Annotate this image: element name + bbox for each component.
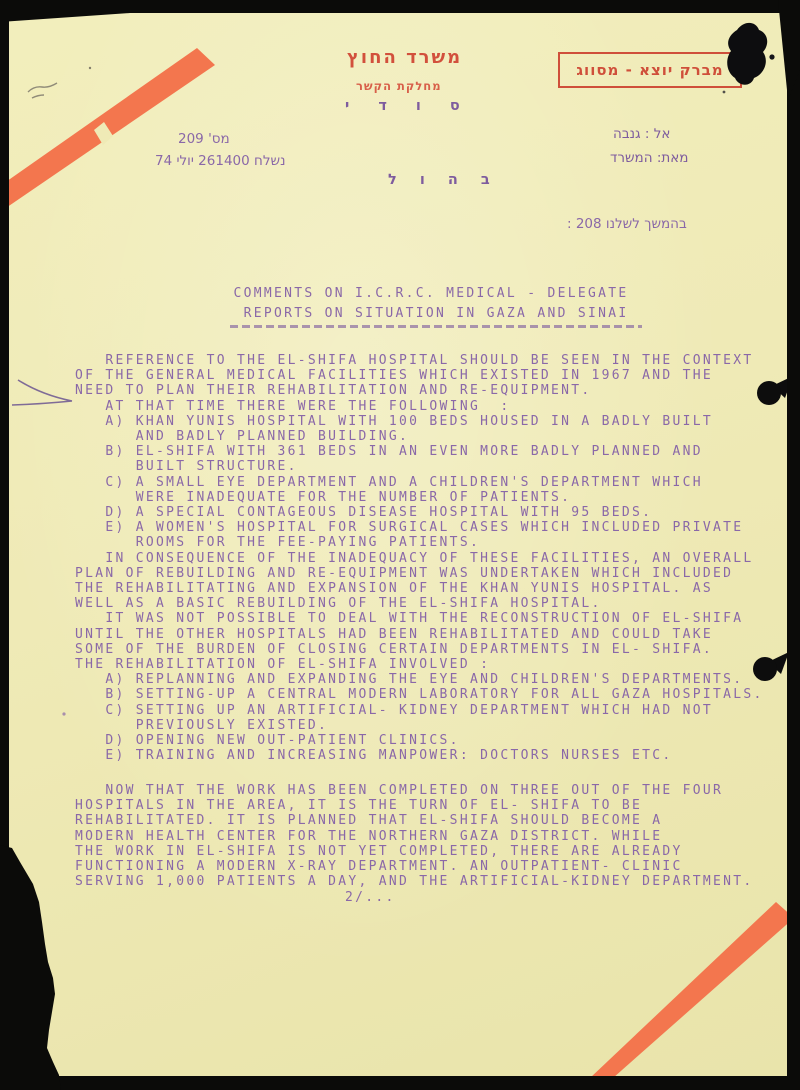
scan-edge-right (787, 0, 800, 1090)
classification-secret: ס ו ד י (345, 98, 472, 114)
scan-edge-top (0, 0, 800, 13)
scanned-document: משרד החוץ מחלקת הקשר מברק יוצא - מסווג ס… (0, 0, 800, 1090)
document-page: משרד החוץ מחלקת הקשר מברק יוצא - מסווג ס… (9, 13, 788, 1076)
scan-edge-bottom (0, 1076, 800, 1090)
reference-line: בהמשך לשלנו 208 : (567, 216, 687, 232)
meta-from-line: מאת: המשרד (610, 150, 688, 166)
urgency-marking: ב ה ו ל (388, 172, 499, 188)
meta-telegram-number: מס' 209 (178, 131, 230, 147)
body-text-block-2: NOW THAT THE WORK HAS BEEN COMPLETED ON … (75, 783, 754, 889)
meta-to-line: אל : גנבה (613, 126, 670, 142)
ministry-letterhead-title: משרד החוץ (347, 47, 462, 68)
scan-edge-left (0, 0, 9, 860)
outgoing-classified-stamp: מברק יוצא - מסווג (558, 52, 742, 88)
next-page-indicator: 2/... (345, 890, 396, 905)
meta-sent-date: נשלח 261400 יולי 74 (155, 153, 285, 169)
document-title: COMMENTS ON I.C.R.C. MEDICAL - DELEGATE … (221, 284, 641, 324)
ministry-letterhead-department: מחלקת הקשר (356, 79, 442, 93)
body-text-block-1: REFERENCE TO THE EL-SHIFA HOSPITAL SHOUL… (75, 353, 764, 763)
title-dashed-underline (230, 325, 642, 328)
